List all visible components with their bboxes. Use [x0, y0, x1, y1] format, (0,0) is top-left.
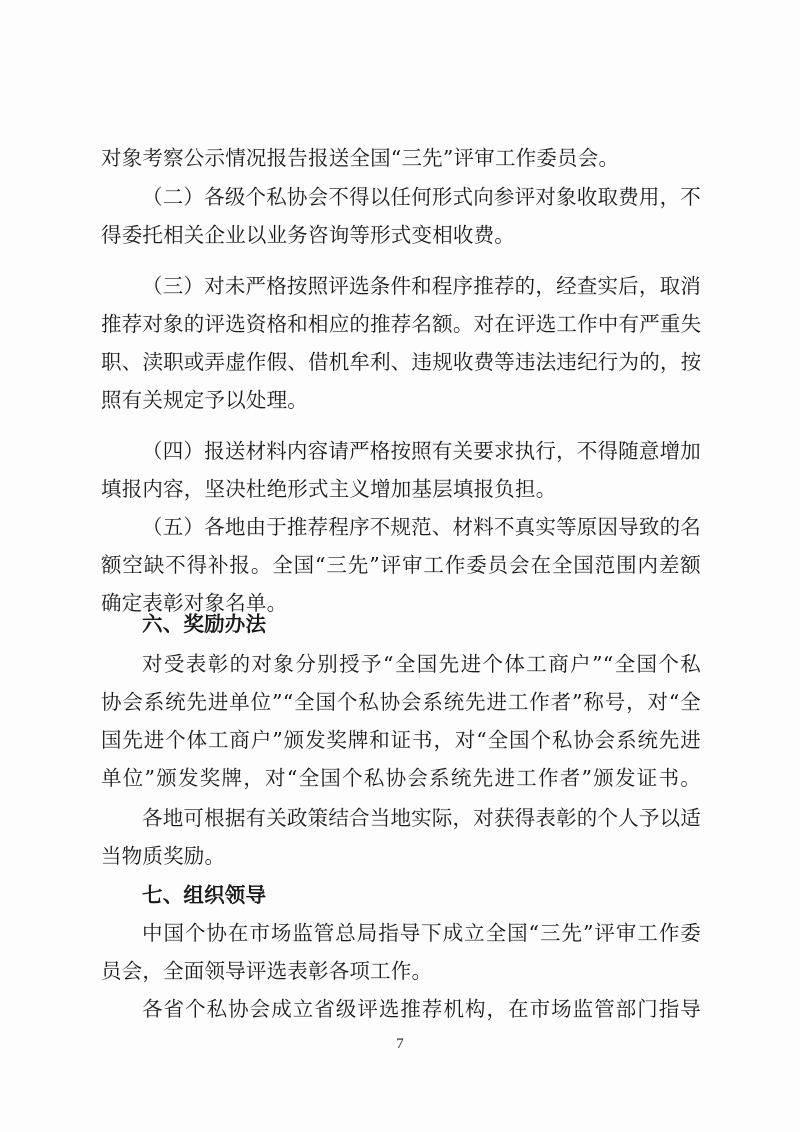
- text-line: 国先进个体工商户”颁发奖牌和证书，对“全国个私协会系统先进: [101, 721, 701, 759]
- text-line: 得委托相关企业以业务咨询等形式变相收费。: [101, 216, 701, 254]
- text-line: 各地可根据有关政策结合当地实际，对获得表彰的个人予以适: [142, 799, 701, 837]
- text-line: 填报内容，坚决杜绝形式主义增加基层填报负担。: [101, 470, 701, 508]
- text-line: 额空缺不得补报。全国“三先”评审工作委员会在全国范围内差额: [101, 546, 701, 584]
- document-page: 对象考察公示情况报告报送全国“三先”评审工作委员会。 （二）各级个私协会不得以任…: [0, 0, 800, 1132]
- text-line: 对象考察公示情况报告报送全国“三先”评审工作委员会。: [101, 139, 701, 177]
- page-number: 7: [0, 1036, 800, 1053]
- text-line: 照有关规定予以处理。: [101, 381, 701, 419]
- text-line: 推荐对象的评选资格和相应的推荐名额。对在评选工作中有严重失: [101, 305, 701, 343]
- text-line: 职、渎职或弄虚作假、借机牟利、违规收费等违法违纪行为的，按: [101, 343, 701, 381]
- text-line: 对受表彰的对象分别授予“全国先进个体工商户”“全国个私: [142, 645, 701, 683]
- text-line: 协会系统先进单位”“全国个私协会系统先进工作者”称号，对“全: [101, 683, 701, 721]
- text-line: （四）报送材料内容请严格按照有关要求执行，不得随意增加: [142, 432, 701, 470]
- text-line: 各省个私协会成立省级评选推荐机构，在市场监管部门指导: [142, 990, 701, 1028]
- text-line: 中国个协在市场监管总局指导下成立全国“三先”评审工作委: [142, 914, 701, 952]
- text-line: 单位”颁发奖牌，对“全国个私协会系统先进工作者”颁发证书。: [101, 759, 701, 797]
- text-line: （三）对未严格按照评选条件和程序推荐的，经查实后，取消: [142, 267, 701, 305]
- text-line: 员会，全面领导评选表彰各项工作。: [101, 952, 701, 990]
- text-line: （五）各地由于推荐程序不规范、材料不真实等原因导致的名: [142, 508, 701, 546]
- text-line: （二）各级个私协会不得以任何形式向参评对象收取费用，不: [142, 178, 701, 216]
- text-line: 当物质奖励。: [101, 837, 701, 875]
- section-heading-rewards: 六、奖励办法: [142, 605, 701, 643]
- section-heading-organization: 七、组织领导: [142, 876, 701, 914]
